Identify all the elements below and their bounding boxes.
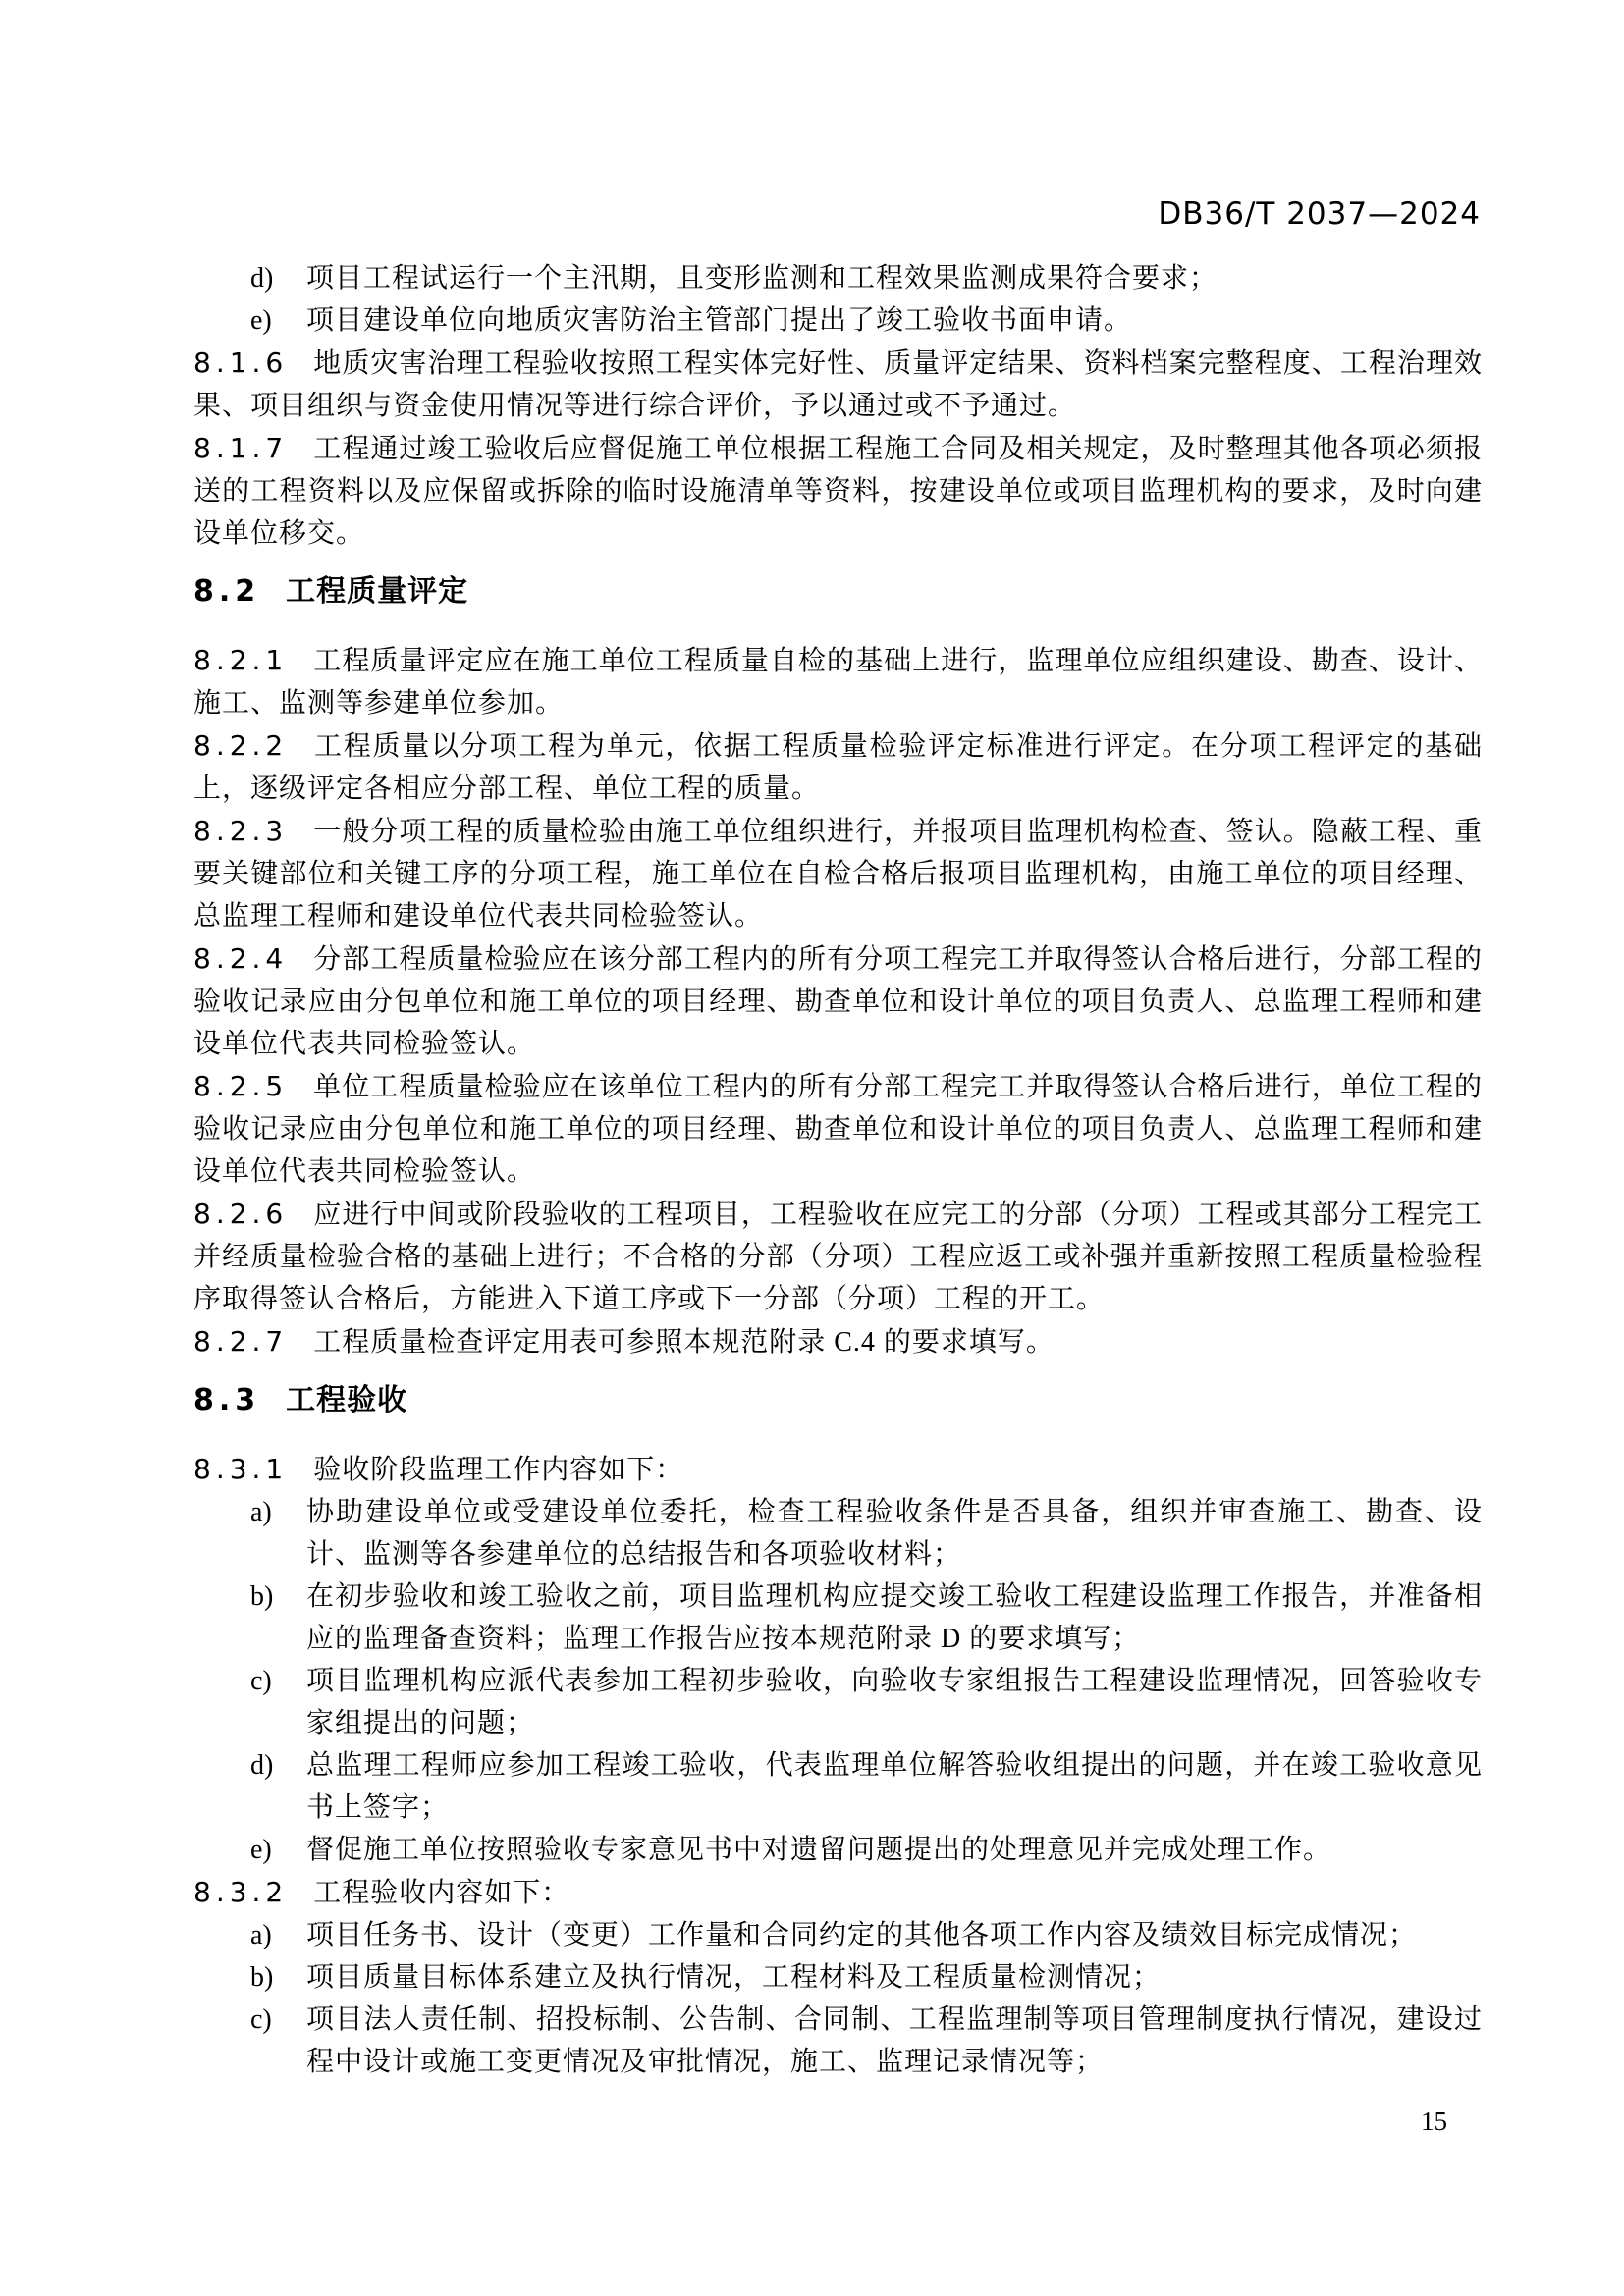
section-title: 工程质量评定 xyxy=(286,574,468,609)
clause-text: 一般分项工程的质量检验由施工单位组织进行，并报项目监理机构检查、签认。隐蔽工程、… xyxy=(193,817,1483,932)
list-text: 督促施工单位按照验收专家意见书中对遗留问题提出的处理意见并完成处理工作。 xyxy=(306,1835,1331,1865)
list-label: c) xyxy=(250,1999,272,2041)
clause-paragraph: 8.2.2工程质量以分项工程为单元，依据工程质量检验评定标准进行评定。在分项工程… xyxy=(193,724,1483,810)
clause-paragraph: 8.2.7工程质量检查评定用表可参照本规范附录 C.4 的要求填写。 xyxy=(193,1320,1483,1363)
clause-number: 8.2.2 xyxy=(193,729,313,762)
list-item: a)项目任务书、设计（变更）工作量和合同约定的其他各项工作内容及绩效目标完成情况… xyxy=(193,1914,1483,1956)
clause-text: 单位工程质量检验应在该单位工程内的所有分部工程完工并取得签认合格后进行，单位工程… xyxy=(193,1072,1483,1187)
list-text: 项目建设单位向地质灾害防治主管部门提出了竣工验收书面申请。 xyxy=(306,305,1132,336)
doc-code-header: DB36/T 2037—2024 xyxy=(1158,196,1481,232)
clause-text: 工程质量以分项工程为单元，依据工程质量检验评定标准进行评定。在分项工程评定的基础… xyxy=(193,731,1483,804)
clause-number: 8.1.7 xyxy=(193,432,313,464)
clause-number: 8.2.4 xyxy=(193,942,313,975)
clause-number: 8.2.7 xyxy=(193,1325,313,1358)
clause-text: 工程质量检查评定用表可参照本规范附录 C.4 的要求填写。 xyxy=(313,1327,1055,1358)
clause-paragraph: 8.2.3一般分项工程的质量检验由施工单位组织进行，并报项目监理机构检查、签认。… xyxy=(193,810,1483,937)
list-item: b)在初步验收和竣工验收之前，项目监理机构应提交竣工验收工程建设监理工作报告，并… xyxy=(193,1575,1483,1660)
clause-paragraph: 8.3.2工程验收内容如下： xyxy=(193,1871,1483,1914)
clause-number: 8.1.6 xyxy=(193,347,313,379)
document-body: d)项目工程试运行一个主汛期，且变形监测和工程效果监测成果符合要求； e)项目建… xyxy=(193,257,1483,2083)
list-text: 项目监理机构应派代表参加工程初步验收，向验收专家组报告工程建设监理情况，回答验收… xyxy=(306,1666,1483,1738)
list-text: 在初步验收和竣工验收之前，项目监理机构应提交竣工验收工程建设监理工作报告，并准备… xyxy=(306,1581,1483,1654)
clause-paragraph: 8.2.5单位工程质量检验应在该单位工程内的所有分部工程完工并取得签认合格后进行… xyxy=(193,1065,1483,1193)
section-number: 8.2 xyxy=(193,574,286,609)
clause-text: 工程验收内容如下： xyxy=(313,1878,569,1908)
list-text: 项目工程试运行一个主汛期，且变形监测和工程效果监测成果符合要求； xyxy=(306,263,1218,294)
clause-number: 8.2.3 xyxy=(193,815,313,847)
list-item: d)项目工程试运行一个主汛期，且变形监测和工程效果监测成果符合要求； xyxy=(193,257,1483,299)
list-item: e)项目建设单位向地质灾害防治主管部门提出了竣工验收书面申请。 xyxy=(193,299,1483,342)
clause-paragraph: 8.3.1验收阶段监理工作内容如下： xyxy=(193,1448,1483,1491)
document-page: DB36/T 2037—2024 d)项目工程试运行一个主汛期，且变形监测和工程… xyxy=(0,0,1624,2296)
list-label: e) xyxy=(250,1829,272,1871)
clause-text: 工程质量评定应在施工单位工程质量自检的基础上进行，监理单位应组织建设、勘查、设计… xyxy=(193,646,1483,719)
clause-number: 8.2.5 xyxy=(193,1070,313,1102)
clause-number: 8.2.6 xyxy=(193,1198,313,1230)
list-label: c) xyxy=(250,1660,272,1702)
clause-paragraph: 8.2.4分部工程质量检验应在该分部工程内的所有分项工程完工并取得签认合格后进行… xyxy=(193,937,1483,1065)
list-label: d) xyxy=(250,1744,273,1787)
list-item: e)督促施工单位按照验收专家意见书中对遗留问题提出的处理意见并完成处理工作。 xyxy=(193,1829,1483,1871)
clause-number: 8.2.1 xyxy=(193,644,313,676)
list-text: 项目质量目标体系建立及执行情况，工程材料及工程质量检测情况； xyxy=(306,1962,1161,1993)
clause-text: 工程通过竣工验收后应督促施工单位根据工程施工合同及相关规定，及时整理其他各项必须… xyxy=(193,434,1483,549)
clause-text: 验收阶段监理工作内容如下： xyxy=(313,1455,683,1485)
list-label: e) xyxy=(250,299,272,342)
section-number: 8.3 xyxy=(193,1383,286,1417)
list-item: d)总监理工程师应参加工程竣工验收，代表监理单位解答验收组提出的问题，并在竣工验… xyxy=(193,1744,1483,1829)
list-item: c)项目监理机构应派代表参加工程初步验收，向验收专家组报告工程建设监理情况，回答… xyxy=(193,1660,1483,1744)
list-text: 项目任务书、设计（变更）工作量和合同约定的其他各项工作内容及绩效目标完成情况； xyxy=(306,1920,1417,1950)
list-text: 总监理工程师应参加工程竣工验收，代表监理单位解答验收组提出的问题，并在竣工验收意… xyxy=(306,1750,1483,1823)
clause-number: 8.3.1 xyxy=(193,1453,313,1485)
list-label: a) xyxy=(250,1914,272,1956)
clause-paragraph: 8.2.6应进行中间或阶段验收的工程项目，工程验收在应完工的分部（分项）工程或其… xyxy=(193,1193,1483,1320)
list-label: a) xyxy=(250,1491,272,1533)
list-item: c)项目法人责任制、招投标制、公告制、合同制、工程监理制等项目管理制度执行情况，… xyxy=(193,1999,1483,2083)
clause-text: 地质灾害治理工程验收按照工程实体完好性、质量评定结果、资料档案完整程度、工程治理… xyxy=(193,348,1483,421)
list-item: b)项目质量目标体系建立及执行情况，工程材料及工程质量检测情况； xyxy=(193,1956,1483,1999)
section-title: 工程验收 xyxy=(286,1383,407,1417)
clause-paragraph: 8.1.7工程通过竣工验收后应督促施工单位根据工程施工合同及相关规定，及时整理其… xyxy=(193,427,1483,555)
list-label: d) xyxy=(250,257,273,299)
clause-paragraph: 8.2.1工程质量评定应在施工单位工程质量自检的基础上进行，监理单位应组织建设、… xyxy=(193,639,1483,724)
clause-text: 分部工程质量检验应在该分部工程内的所有分项工程完工并取得签认合格后进行，分部工程… xyxy=(193,944,1483,1059)
list-text: 项目法人责任制、招投标制、公告制、合同制、工程监理制等项目管理制度执行情况，建设… xyxy=(306,2004,1483,2077)
list-text: 协助建设单位或受建设单位委托，检查工程验收条件是否具备，组织并审查施工、勘查、设… xyxy=(306,1497,1483,1570)
section-heading: 8.3工程验收 xyxy=(193,1379,1483,1421)
clause-text: 应进行中间或阶段验收的工程项目，工程验收在应完工的分部（分项）工程或其部分工程完… xyxy=(193,1200,1483,1314)
clause-number: 8.3.2 xyxy=(193,1876,313,1908)
section-heading: 8.2工程质量评定 xyxy=(193,570,1483,613)
list-label: b) xyxy=(250,1956,273,1999)
list-item: a)协助建设单位或受建设单位委托，检查工程验收条件是否具备，组织并审查施工、勘查… xyxy=(193,1491,1483,1575)
clause-paragraph: 8.1.6地质灾害治理工程验收按照工程实体完好性、质量评定结果、资料档案完整程度… xyxy=(193,342,1483,427)
list-label: b) xyxy=(250,1575,273,1618)
page-number: 15 xyxy=(1421,2107,1447,2137)
